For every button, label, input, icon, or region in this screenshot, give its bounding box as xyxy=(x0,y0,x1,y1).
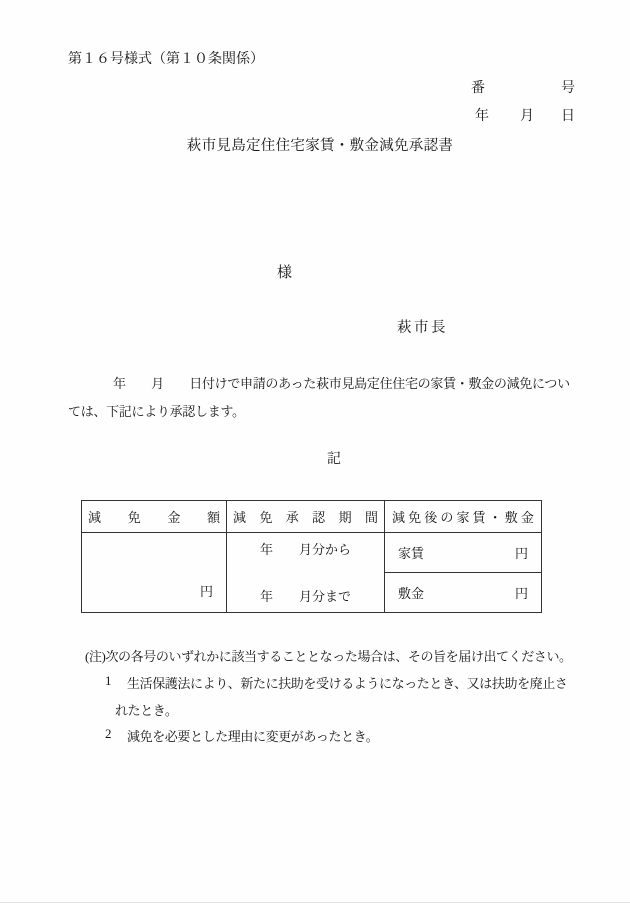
table-cell-period: 年 月分から 年 月分まで xyxy=(227,533,385,612)
note-item-1-continuation: れたとき。 xyxy=(115,700,177,719)
date-line: 年 月 日 xyxy=(475,105,575,125)
document-page: 第１６号様式（第１０条関係） 番 号 年 月 日 萩市見島定住住宅家賃・敷金減免… xyxy=(0,0,630,903)
body-paragraph-line-1: 年 月 日付けで申請のあった萩市見島定住住宅の家賃・敷金の減免につい xyxy=(68,370,570,398)
period-from-label: 年 月分から xyxy=(227,539,384,558)
doc-number-line: 番 号 xyxy=(471,77,575,97)
table-header-amount: 減免金額 xyxy=(82,501,227,533)
table-cell-amount: 円 xyxy=(82,533,227,612)
doc-number-left-label: 番 xyxy=(471,77,485,97)
note-item-2-number: 2 xyxy=(105,726,127,745)
amount-unit-label: 円 xyxy=(200,581,213,600)
deposit-unit-label: 円 xyxy=(515,583,528,602)
page-title: 萩市見島定住住宅家賃・敷金減免承認書 xyxy=(68,134,572,155)
period-to-label: 年 月分まで xyxy=(227,586,384,605)
addressee-honorific: 様 xyxy=(277,261,292,282)
reduction-table: 減免金額 減免承認期間 減免後の家賃・敷金 円 年 月分から 年 月分まで 家賃… xyxy=(81,500,542,613)
note-item-1: 1 生活保護法により、新たに扶助を受けるようになったとき、又は扶助を廃止さ xyxy=(105,673,567,692)
body-paragraph: 年 月 日付けで申請のあった萩市見島定住住宅の家賃・敷金の減免につい ては、下記… xyxy=(68,370,570,425)
doc-number-right-label: 号 xyxy=(561,77,575,97)
rent-unit-label: 円 xyxy=(515,543,528,562)
note-item-2: 2 減免を必要とした理由に変更があったとき。 xyxy=(105,726,378,745)
table-header-period: 減免承認期間 xyxy=(227,501,385,533)
form-reference-label: 第１６号様式（第１０条関係） xyxy=(68,48,264,68)
body-paragraph-line-2: ては、下記により承認します。 xyxy=(68,398,570,426)
note-intro: (注)次の各号のいずれかに該当することとなった場合は、その旨を届け出てください。 xyxy=(85,646,572,665)
table-cell-rent: 家賃 円 xyxy=(385,533,541,573)
record-marker: 記 xyxy=(327,448,341,468)
table-cell-deposit: 敷金 円 xyxy=(385,573,541,612)
note-item-2-text: 減免を必要とした理由に変更があったとき。 xyxy=(127,726,378,745)
day-label: 日 xyxy=(561,105,575,125)
year-label: 年 xyxy=(475,105,489,125)
rent-label: 家賃 xyxy=(398,543,424,562)
table-header-after: 減免後の家賃・敷金 xyxy=(385,501,541,533)
note-item-1-text: 生活保護法により、新たに扶助を受けるようになったとき、又は扶助を廃止さ xyxy=(127,673,567,692)
note-item-1-number: 1 xyxy=(105,673,127,692)
deposit-label: 敷金 xyxy=(398,583,424,602)
issuer-title: 萩市長 xyxy=(397,316,448,337)
month-label: 月 xyxy=(520,105,534,125)
